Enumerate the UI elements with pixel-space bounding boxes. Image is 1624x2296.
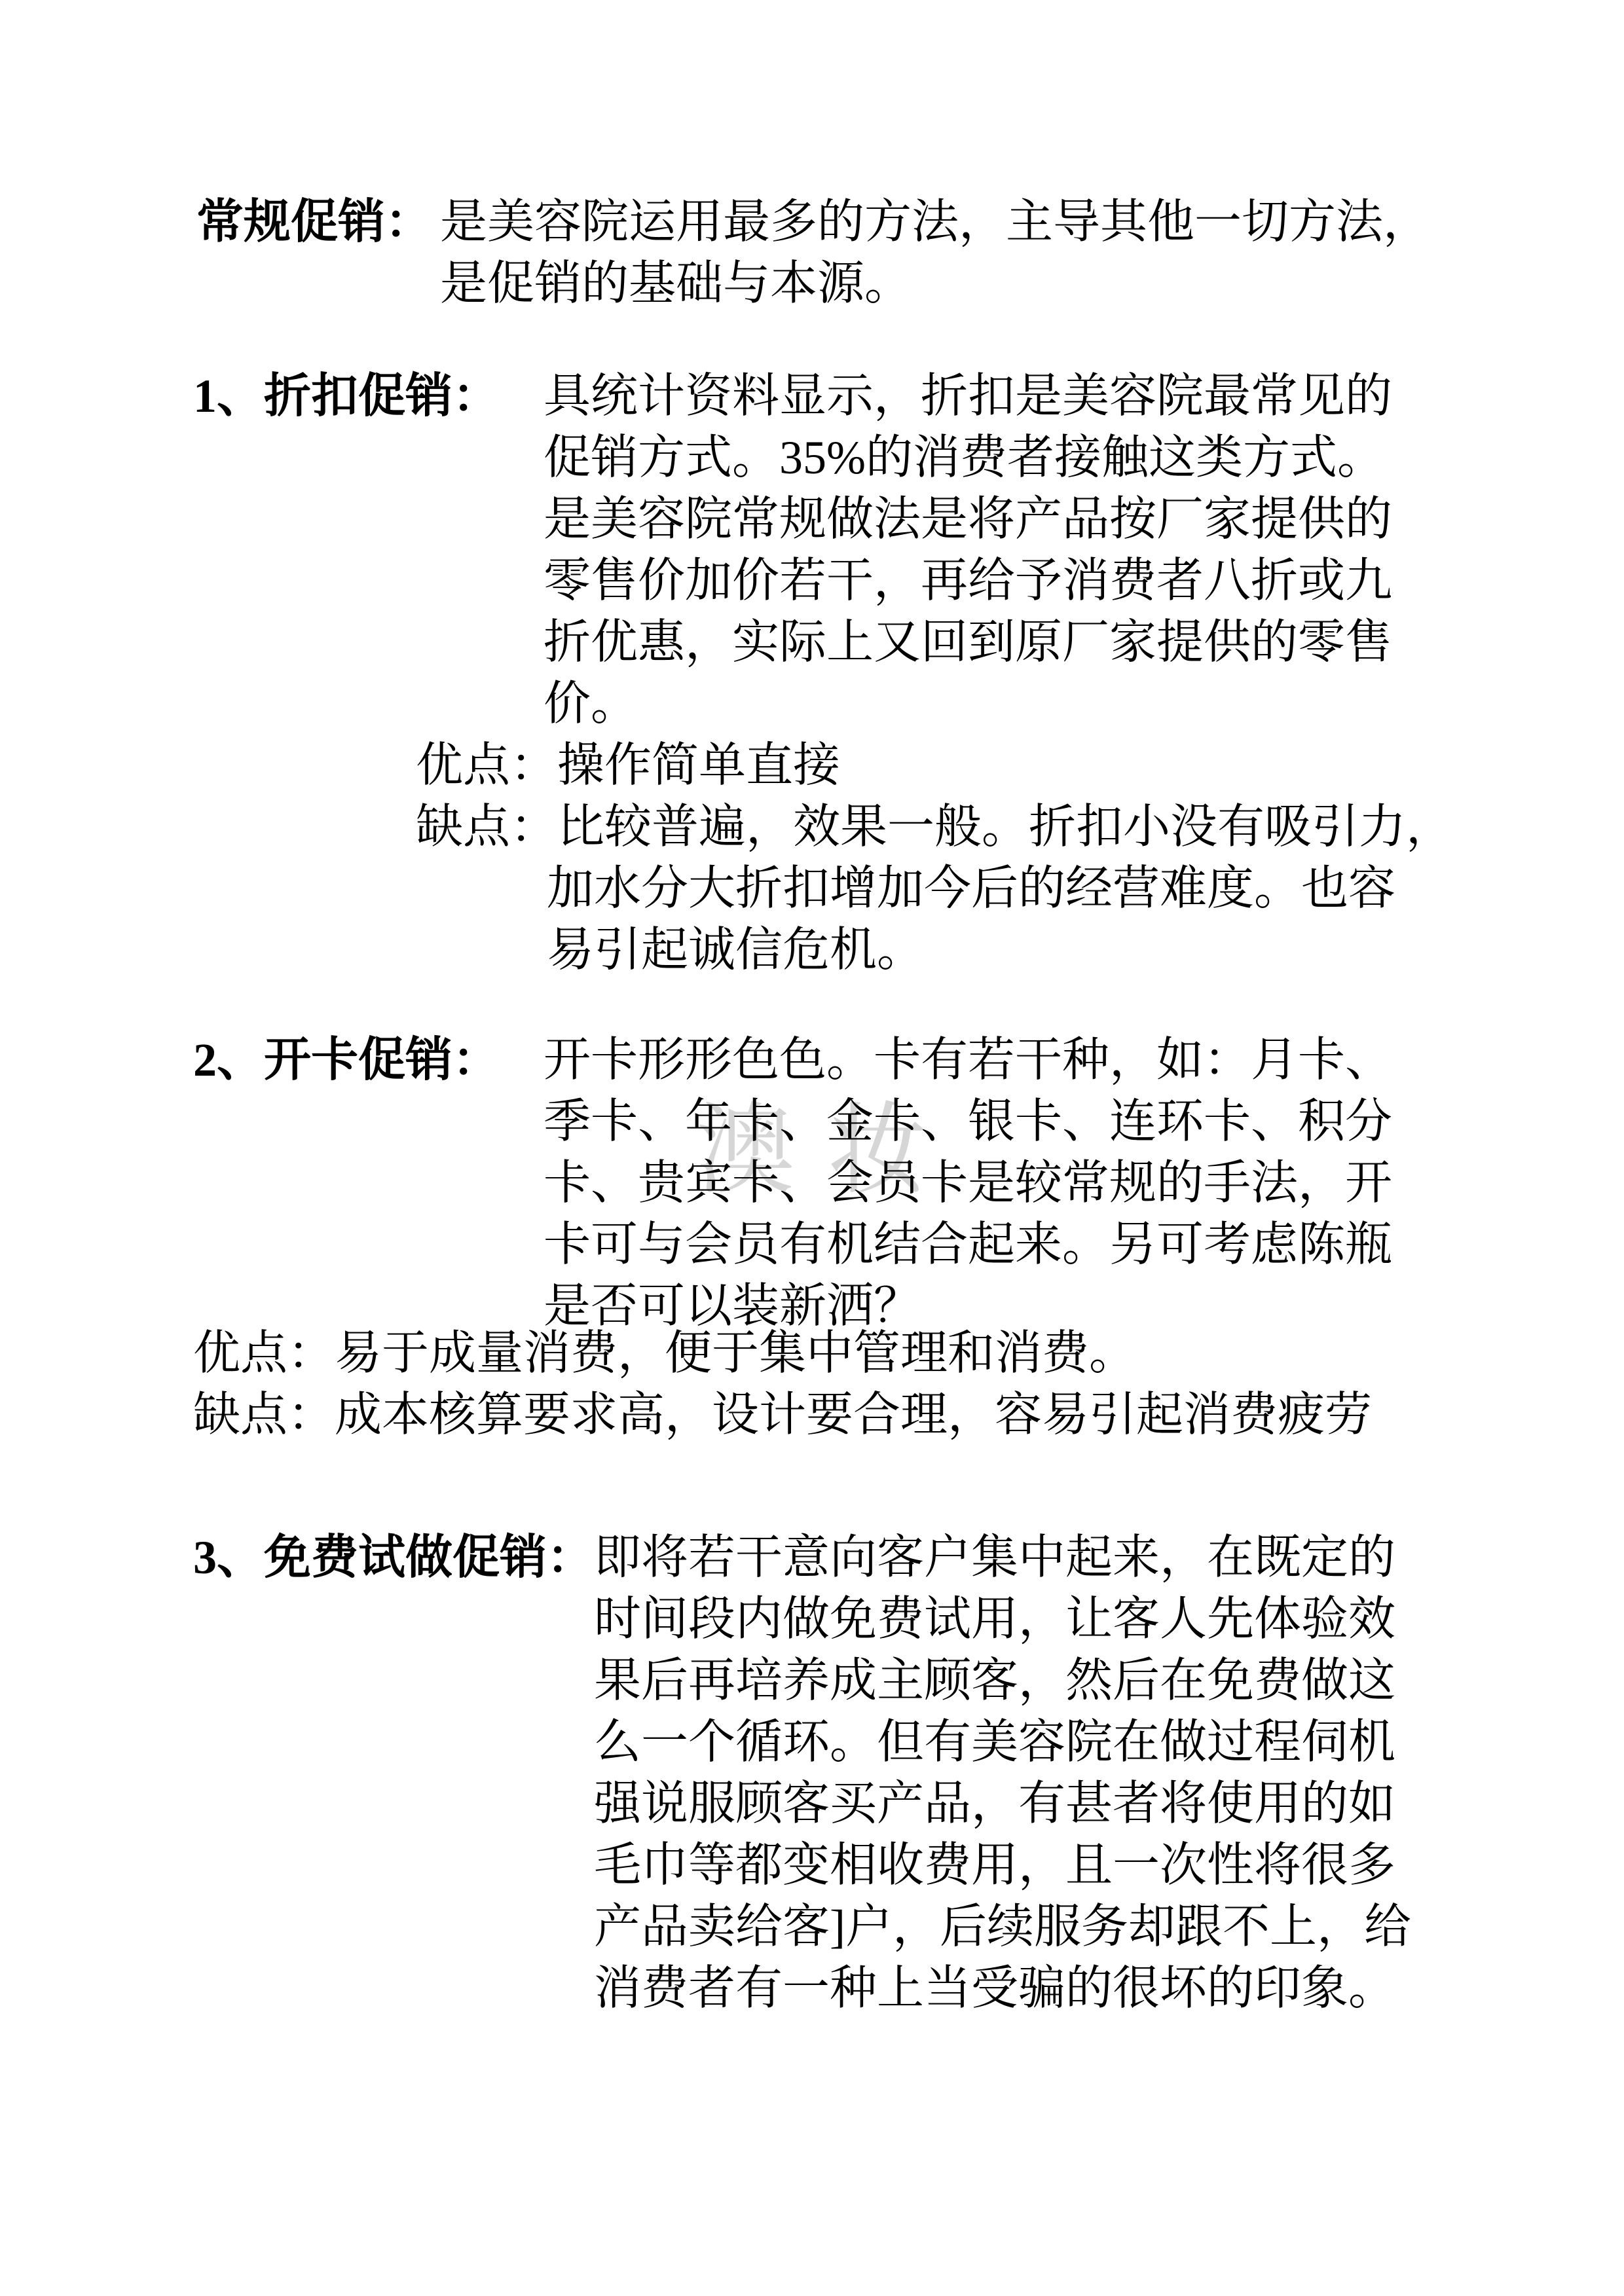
document-page: 澳妆 常规促销： 是美容院运用最多的方法，主导其他一切方法， 是促销的基础与本源… [0, 0, 1624, 2296]
section-1-paragraph: 1、折扣促销： 具统计资料显示，折扣是美容院最常见的 促销方式。35%的消费者接… [193, 365, 1392, 735]
intro-body-text: 是美容院运用最多的方法，主导其他一切方法， 是促销的基础与本源。 [440, 191, 1430, 314]
section-2-pros-line: 优点：易于成量消费，便于集中管理和消费。 [193, 1322, 1136, 1384]
section-2-cons-line: 缺点：成本核算要求高，设计要合理，容易引起消费疲劳 [193, 1384, 1372, 1446]
intro-label: 常规促销： [196, 191, 440, 253]
section-3-label: 3、免费试做促销： [193, 1527, 594, 1588]
section-1-body-text: 具统计资料显示，折扣是美容院最常见的 促销方式。35%的消费者接触这类方式。 是… [544, 365, 1392, 735]
section-1-label: 1、折扣促销： [193, 365, 544, 427]
section-3-paragraph: 3、免费试做促销： 即将若干意向客户集中起来，在既定的 时间段内做免费试用，让客… [193, 1527, 1411, 2019]
section-2-body-text: 开卡形形色色。卡有若干种，如：月卡、 季卡、年卡、金卡、银卡、连环卡、积分 卡、… [544, 1029, 1392, 1337]
section-3-body-text: 即将若干意向客户集中起来，在既定的 时间段内做免费试用，让客人先体验效 果后再培… [594, 1527, 1411, 2019]
section-1-cons-paragraph: 缺点：比较普遍，效果一般。折扣小没有吸引力， 加水分大折扣增加今后的经营难度。也… [416, 796, 1453, 981]
section-2-label: 2、开卡促销： [193, 1029, 544, 1091]
intro-paragraph: 常规促销： 是美容院运用最多的方法，主导其他一切方法， 是促销的基础与本源。 [196, 191, 1430, 314]
section-2-paragraph: 2、开卡促销： 开卡形形色色。卡有若干种，如：月卡、 季卡、年卡、金卡、银卡、连… [193, 1029, 1392, 1337]
section-1-pros-line: 优点：操作简单直接 [416, 735, 840, 796]
